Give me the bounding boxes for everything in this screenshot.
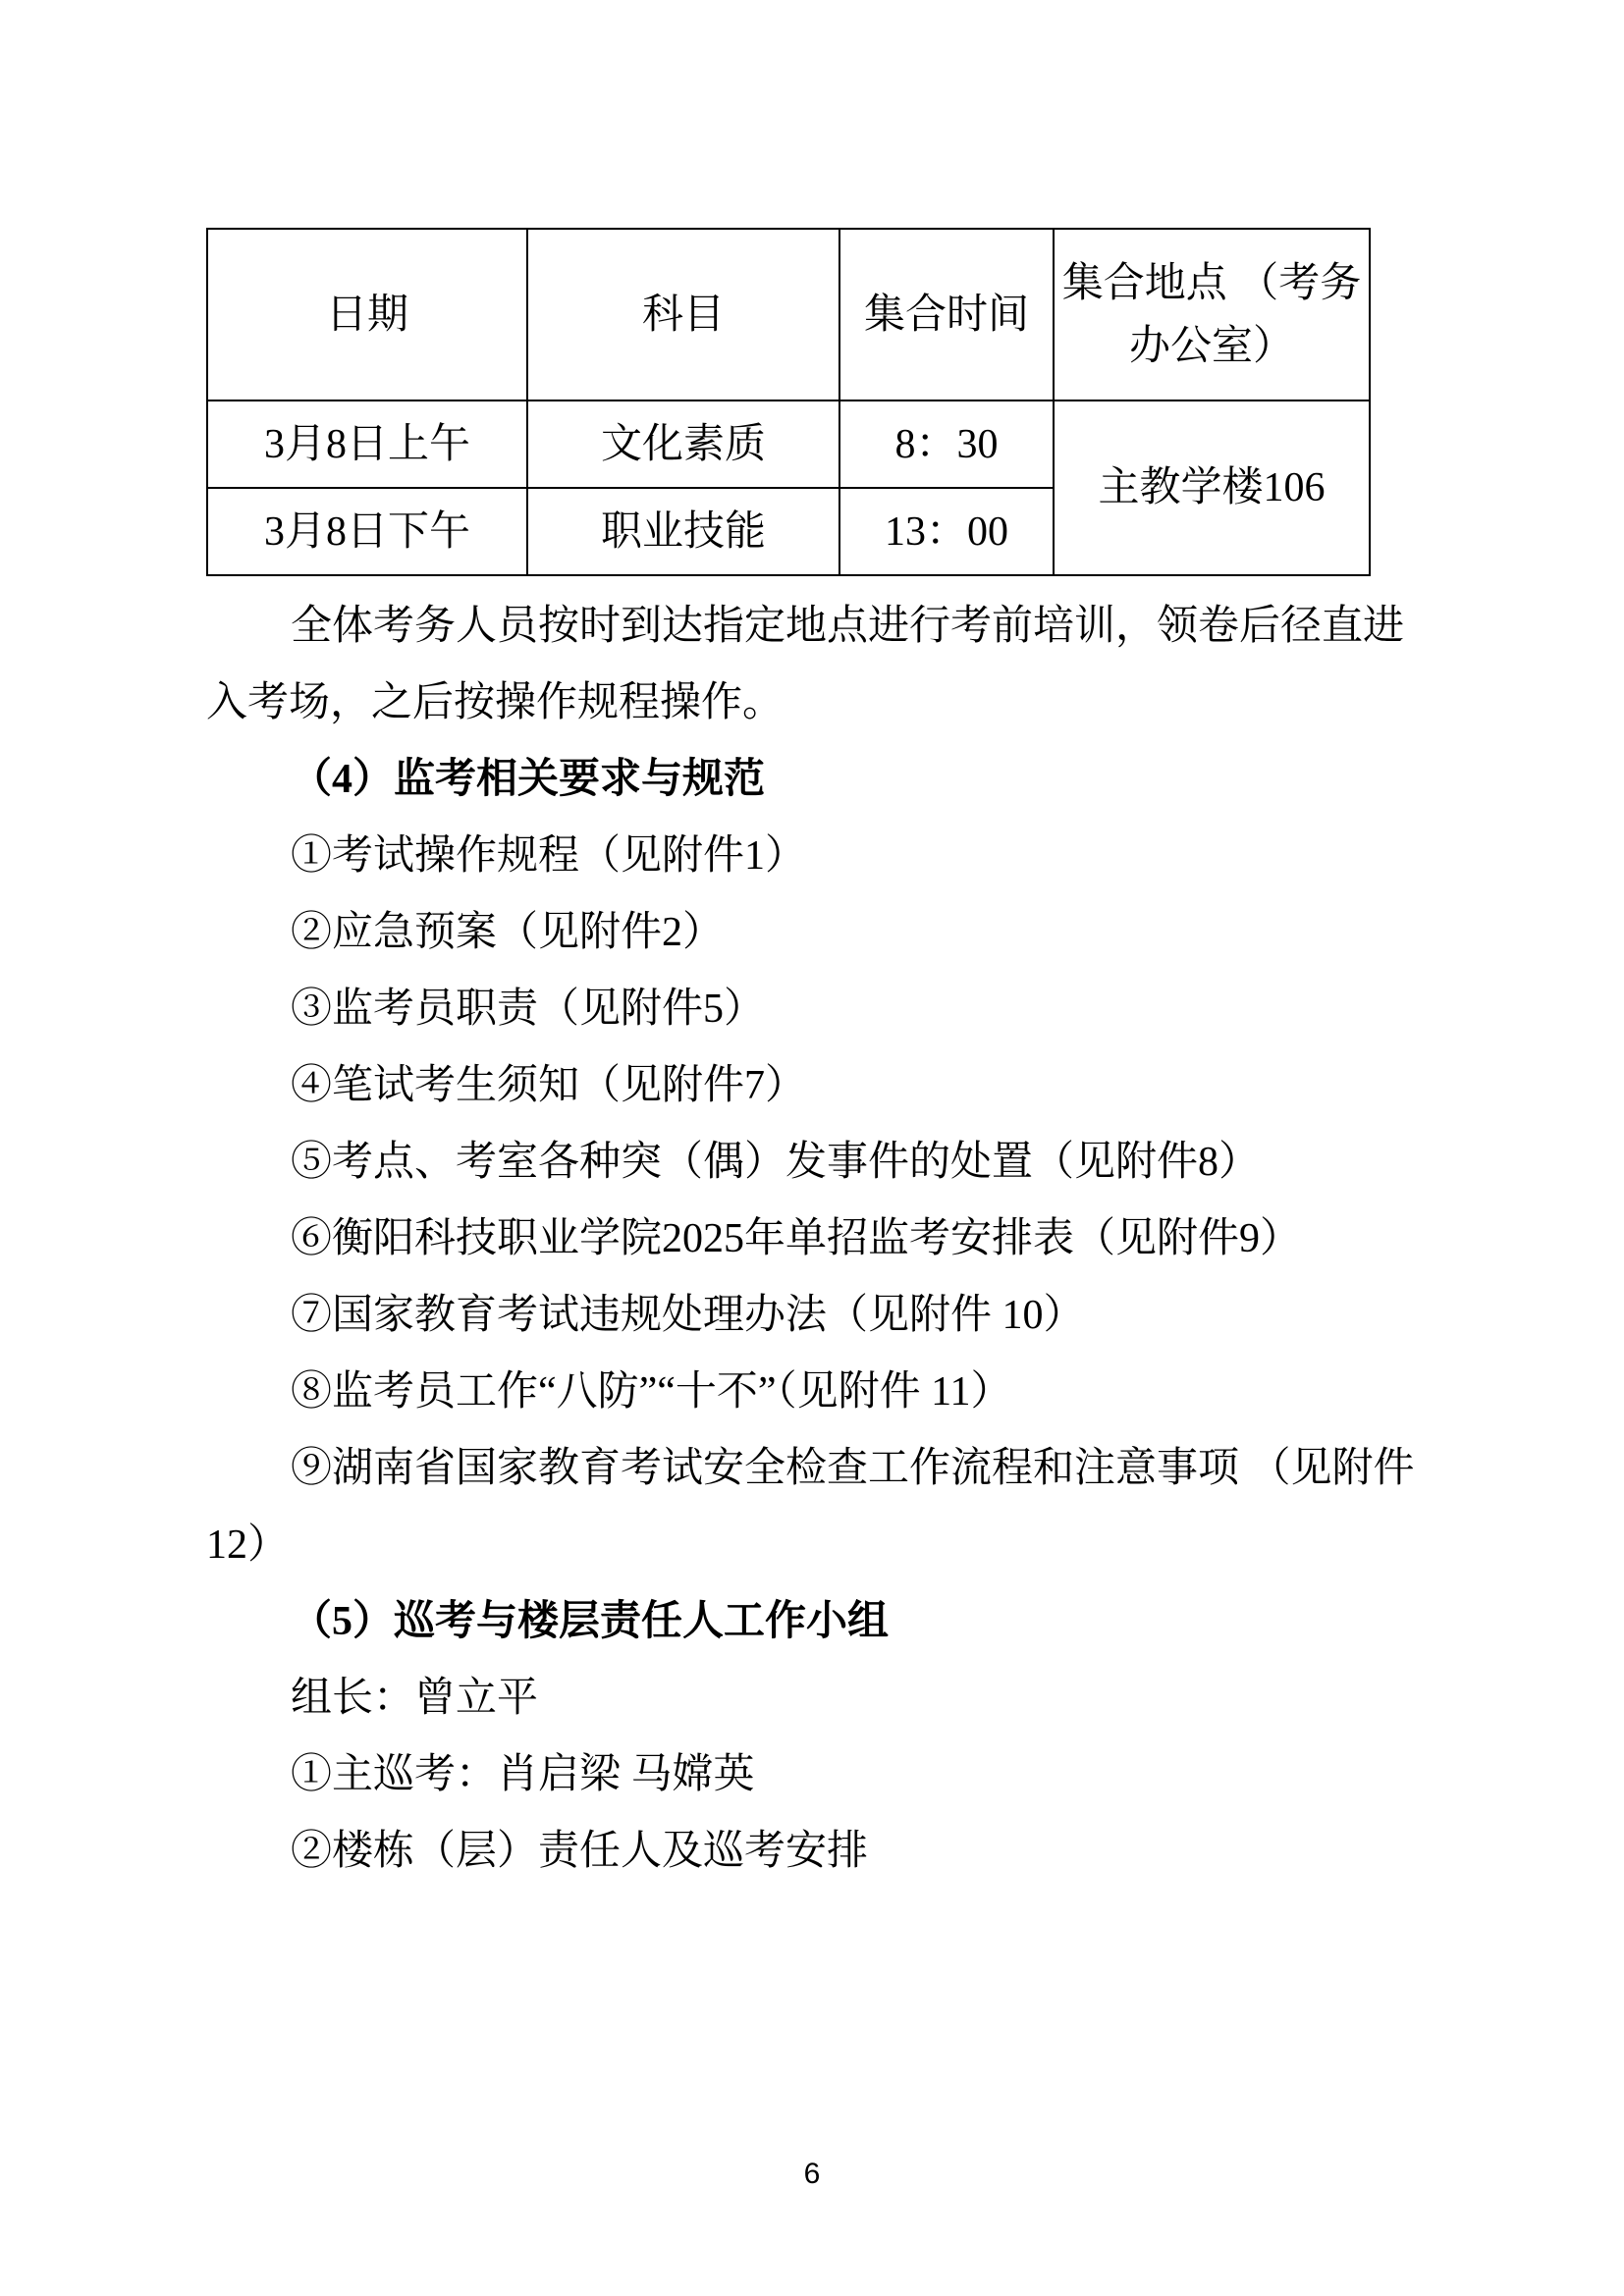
cell-time-morning: 8：30	[839, 400, 1054, 488]
header-subject: 科目	[527, 229, 839, 400]
attachment-item-8: ⑧监考员工作“八防”“十不”（见附件 11）	[206, 1354, 1420, 1430]
cell-date-afternoon: 3月8日下午	[207, 488, 527, 575]
page-number: 6	[0, 2158, 1624, 2191]
attachment-item-1: ①考试操作规程（见附件1）	[206, 818, 1420, 894]
attachment-item-4: ④笔试考生须知（见附件7）	[206, 1047, 1420, 1124]
section4-heading: （4）监考相关要求与规范	[206, 741, 1420, 818]
cell-assembly-location: 主教学楼106	[1054, 400, 1370, 575]
document-content: 日期 科目 集合时间 集合地点 （考务办公室） 3月8日上午 文化素质 8：30…	[206, 228, 1420, 1890]
cell-subject-afternoon: 职业技能	[527, 488, 839, 575]
attachment-item-2: ②应急预案（见附件2）	[206, 894, 1420, 971]
header-date: 日期	[207, 229, 527, 400]
cell-date-morning: 3月8日上午	[207, 400, 527, 488]
chief-inspector-line: ①主巡考：肖启梁 马嫦英	[206, 1736, 1420, 1813]
group-leader-line: 组长：曾立平	[206, 1660, 1420, 1736]
cell-subject-morning: 文化素质	[527, 400, 839, 488]
document-page: 日期 科目 集合时间 集合地点 （考务办公室） 3月8日上午 文化素质 8：30…	[0, 0, 1624, 2296]
attachment-item-3: ③监考员职责（见附件5）	[206, 971, 1420, 1047]
intro-line-2: 入考场，之后按操作规程操作。	[206, 665, 1420, 741]
attachment-item-9-continuation: 12）	[206, 1507, 1420, 1583]
attachment-item-7: ⑦国家教育考试违规处理办法（见附件 10）	[206, 1277, 1420, 1354]
table-row-morning: 3月8日上午 文化素质 8：30 主教学楼106	[207, 400, 1370, 488]
attachment-item-6: ⑥衡阳科技职业学院2025年单招监考安排表（见附件9）	[206, 1201, 1420, 1277]
header-assembly-location: 集合地点 （考务办公室）	[1054, 229, 1370, 400]
table-header-row: 日期 科目 集合时间 集合地点 （考务办公室）	[207, 229, 1370, 400]
building-responsibility-line: ②楼栋（层）责任人及巡考安排	[206, 1813, 1420, 1890]
attachment-item-5: ⑤考点、考室各种突（偶）发事件的处置（见附件8）	[206, 1124, 1420, 1201]
section5-heading: （5）巡考与楼层责任人工作小组	[206, 1583, 1420, 1660]
exam-schedule-table: 日期 科目 集合时间 集合地点 （考务办公室） 3月8日上午 文化素质 8：30…	[206, 228, 1371, 576]
attachment-item-9: ⑨湖南省国家教育考试安全检查工作流程和注意事项 （见附件	[206, 1430, 1420, 1507]
intro-paragraph: 全体考务人员按时到达指定地点进行考前培训，领卷后径直进 入考场，之后按操作规程操…	[206, 588, 1420, 741]
header-assembly-time: 集合时间	[839, 229, 1054, 400]
cell-time-afternoon: 13：00	[839, 488, 1054, 575]
intro-line-1: 全体考务人员按时到达指定地点进行考前培训，领卷后径直进	[206, 588, 1420, 665]
